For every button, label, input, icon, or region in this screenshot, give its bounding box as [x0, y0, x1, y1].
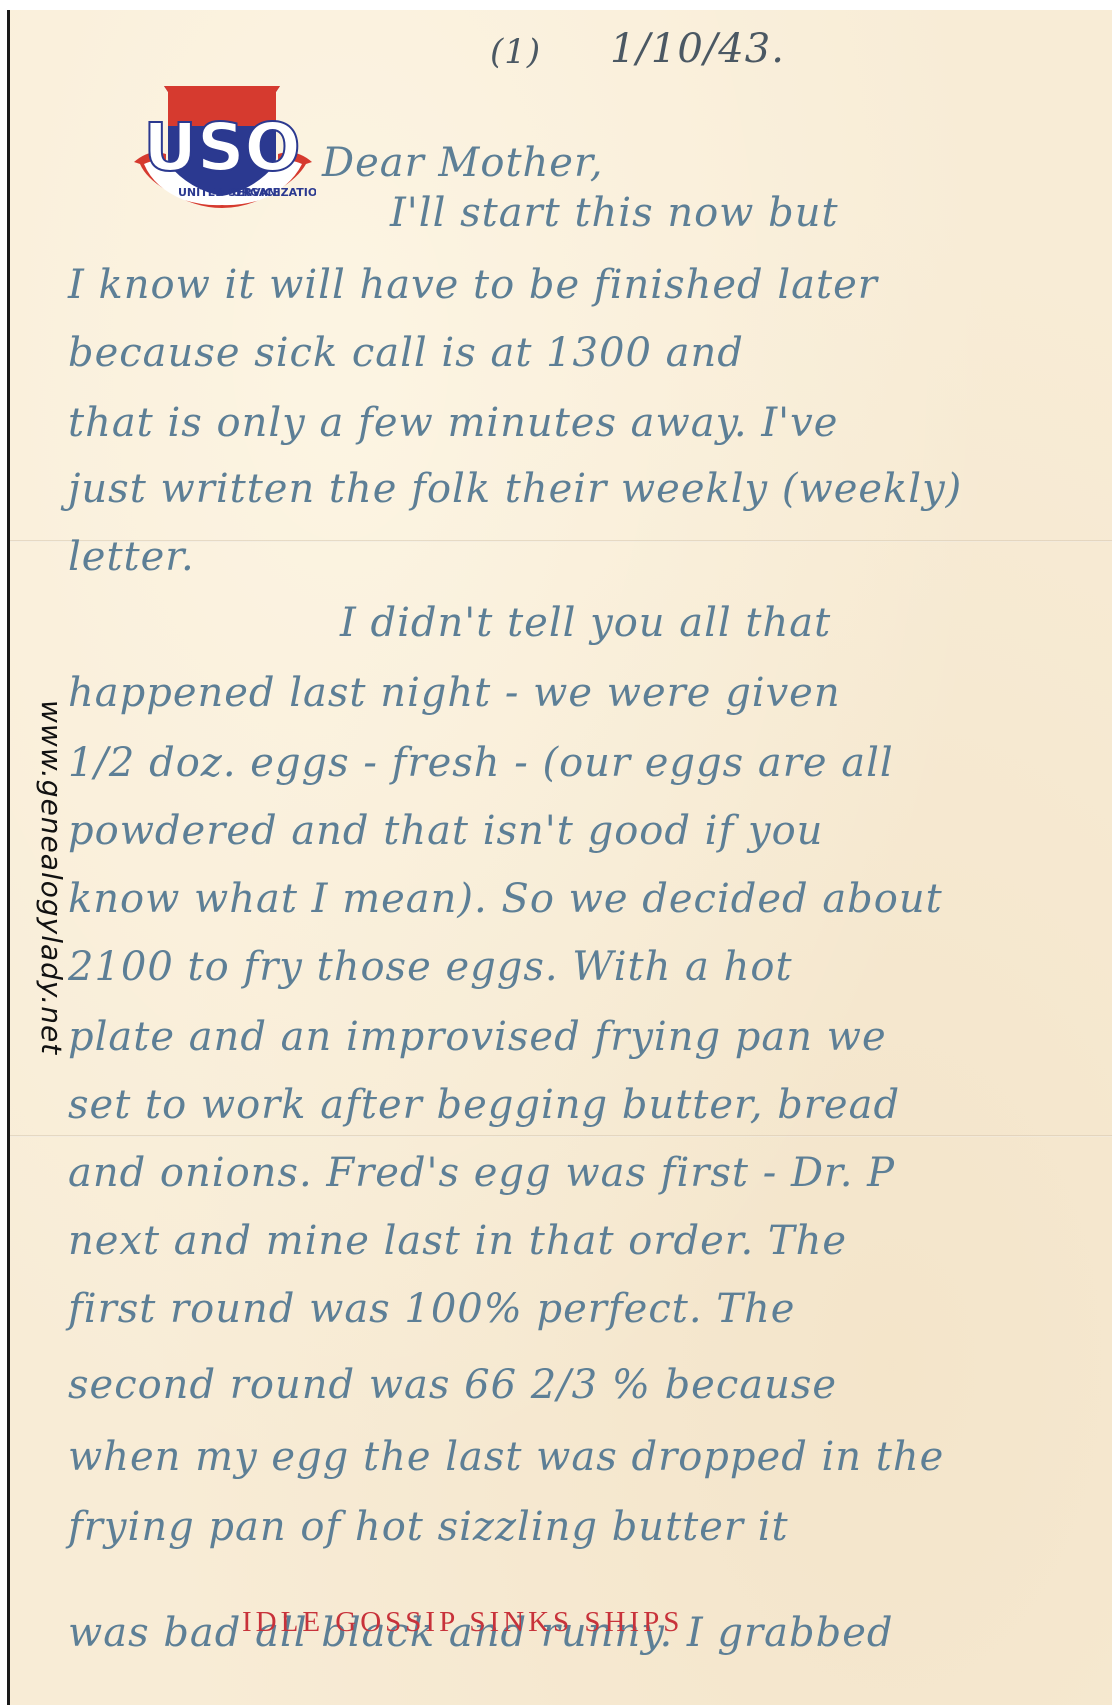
letter-date: 1/10/43.: [610, 26, 785, 72]
letter-line: frying pan of hot sizzling butter it: [68, 1504, 789, 1550]
letter-line: just written the folk their weekly (week…: [68, 466, 962, 512]
watermark-url: www.genealogylady.net: [35, 700, 68, 1055]
letter-line: that is only a few minutes away. I've: [68, 400, 838, 446]
fold-line: [10, 1135, 1112, 1137]
svg-text:ORGANIZATIONS: ORGANIZATIONS: [232, 186, 316, 199]
letter-line: plate and an improvised frying pan we: [68, 1014, 887, 1060]
letter-line: first round was 100% perfect. The: [68, 1286, 795, 1332]
letter-line: set to work after begging butter, bread: [68, 1082, 900, 1128]
letter-line: when my egg the last was dropped in the: [68, 1434, 944, 1480]
page-number: (1): [490, 32, 541, 72]
uso-logo-icon: USO UNITED SERVICE ORGANIZATIONS: [130, 78, 316, 208]
letter-line: 2100 to fry those eggs. With a hot: [68, 944, 793, 990]
letter-line: second round was 66 2/3 % because: [68, 1362, 837, 1408]
letter-line: letter.: [68, 534, 195, 580]
letter-line: I'll start this now but: [390, 190, 839, 236]
letter-line: because sick call is at 1300 and: [68, 330, 744, 376]
letter-line: and onions. Fred's egg was first - Dr. P: [68, 1150, 895, 1196]
svg-text:USO: USO: [143, 109, 300, 186]
salutation: Dear Mother,: [322, 140, 603, 186]
letter-page: USO UNITED SERVICE ORGANIZATIONS (1) 1/1…: [10, 10, 1112, 1705]
letter-line: powdered and that isn't good if you: [68, 808, 823, 854]
letter-line: happened last night - we were given: [68, 670, 841, 716]
footer-slogan: IDLE GOSSIP SINKS SHIPS: [242, 1606, 683, 1639]
letter-line: 1/2 doz. eggs - fresh - (our eggs are al…: [68, 740, 894, 786]
letter-line: next and mine last in that order. The: [68, 1218, 847, 1264]
letter-line: I didn't tell you all that: [340, 600, 831, 646]
letter-line: I know it will have to be finished later: [68, 262, 878, 308]
letter-line: know what I mean). So we decided about: [68, 876, 943, 922]
